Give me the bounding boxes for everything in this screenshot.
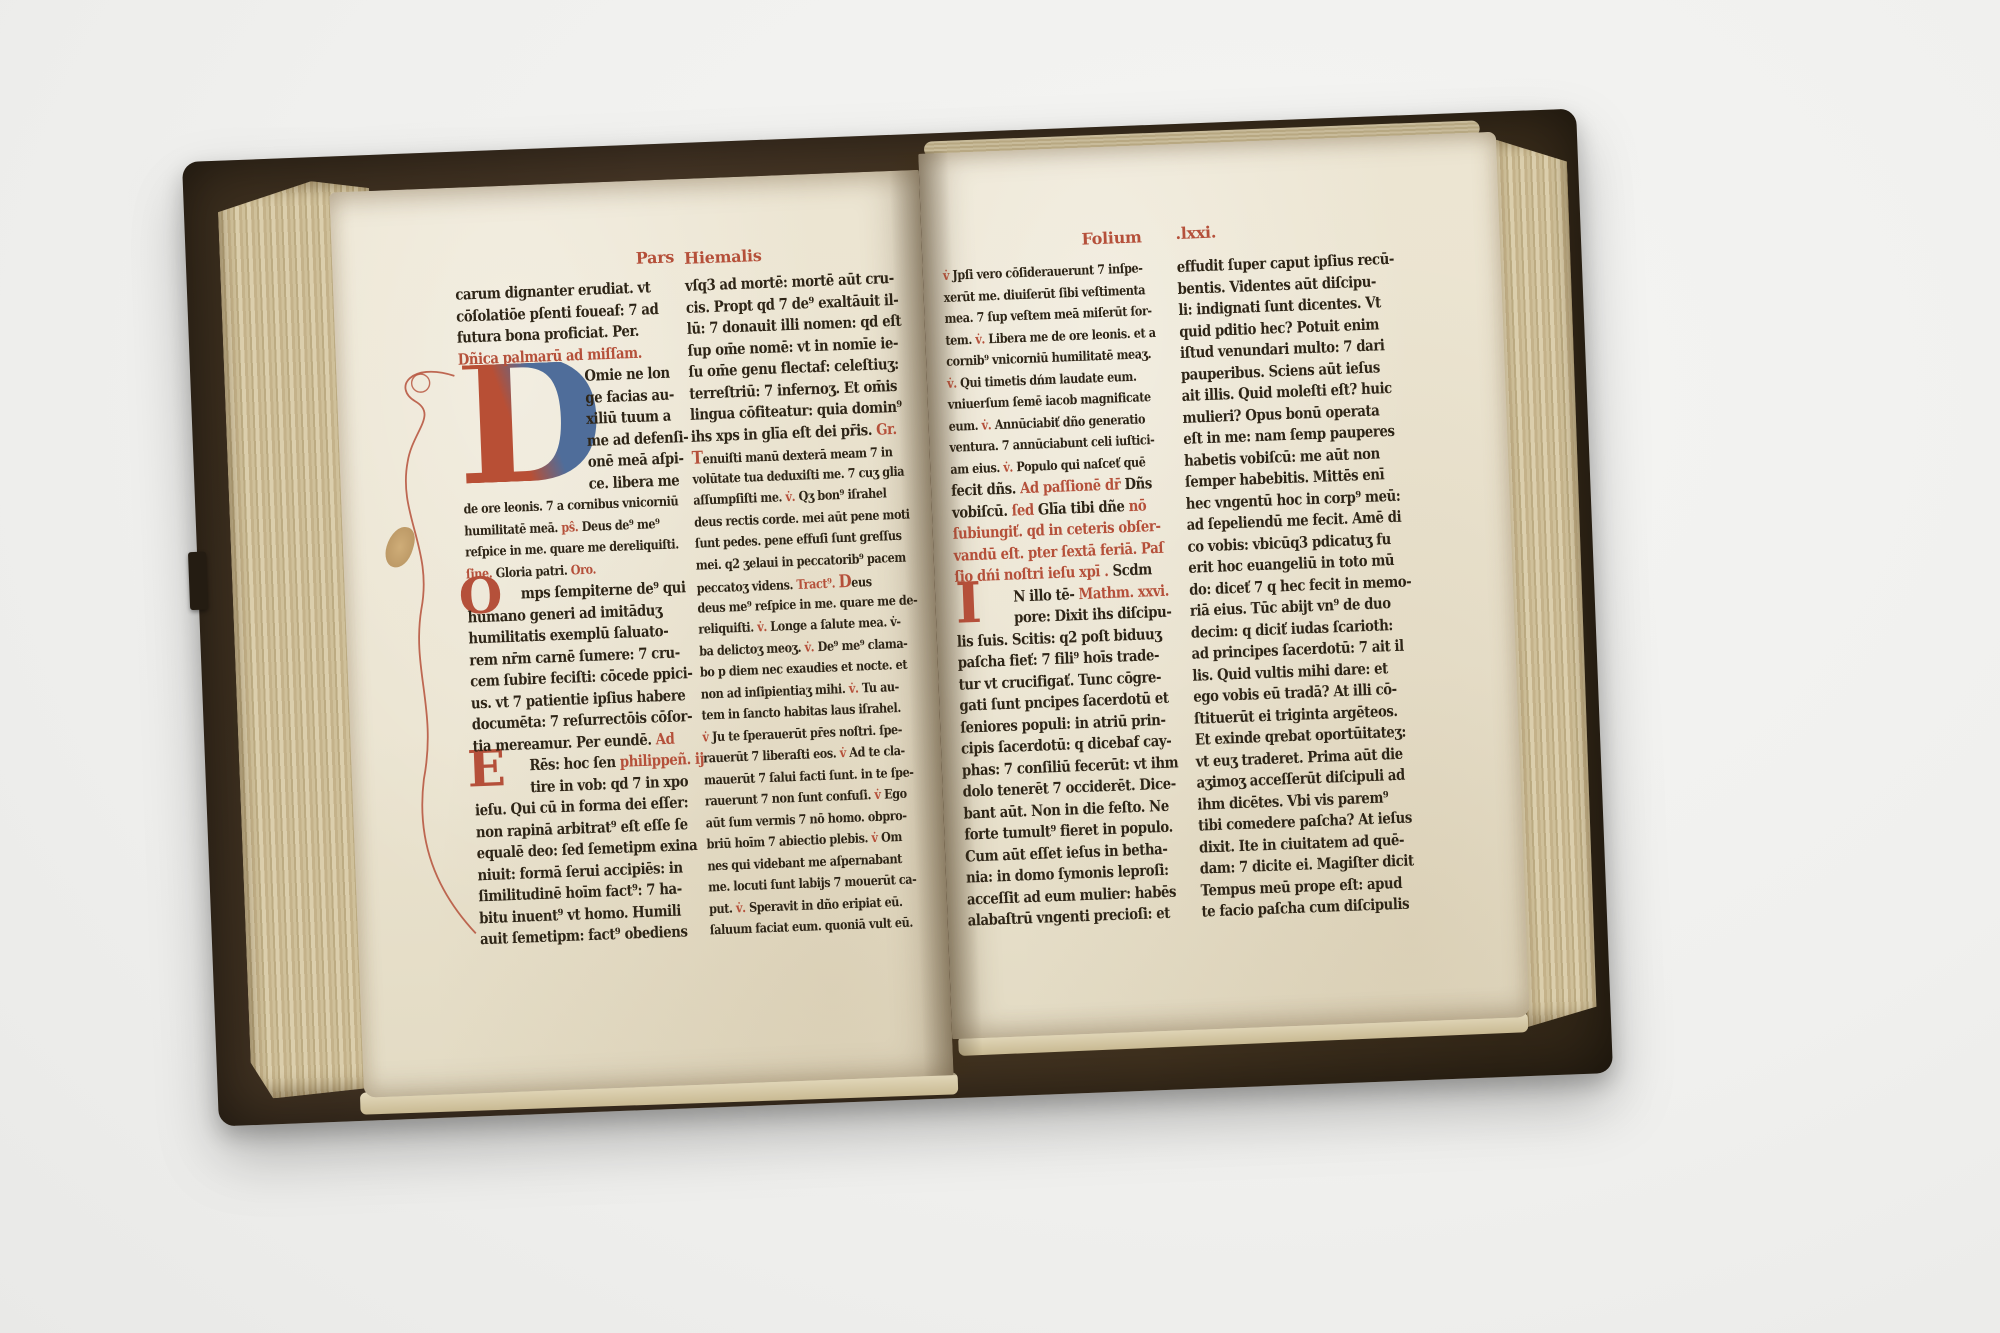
running-header-hiemalis: Hiemalis	[684, 246, 762, 268]
body-text: peccatoʒ videns.	[696, 577, 796, 596]
body-text: fecit dñs.	[951, 479, 1021, 500]
body-text: Ego	[880, 786, 907, 802]
photo-background: Pars Hiemalis D O E carum dignanter erud…	[0, 0, 2000, 1333]
body-text: Omie ne lon	[584, 364, 670, 385]
clasp-remnant	[188, 551, 208, 610]
left-page-column-1: D O E carum dignanter erudiat. vtcōſolat…	[455, 275, 708, 950]
rubric-text: T	[691, 447, 703, 468]
rubric-text: philippeñ. ij	[619, 750, 704, 771]
body-text: xiliū tuum a	[586, 407, 671, 428]
body-text: Rēs: hoc ſen	[529, 753, 620, 775]
right-page: Folium .lxxi. I v̇ Jpſi vero cōſiderauer…	[918, 132, 1530, 1040]
rubric-text: Ad	[655, 729, 674, 748]
body-text: rauerunt 7 non ſunt confuſi.	[705, 787, 875, 808]
right-page-column-2: effudit ſuper caput ipſius recū-bentis. …	[1176, 248, 1421, 922]
body-text: Om	[877, 829, 902, 845]
body-text: Deus de⁹ me⁹	[578, 516, 660, 534]
body-text: ce. libera me	[588, 471, 679, 493]
running-header-pars: Pars	[454, 247, 675, 274]
rubric-text: Ad paſſionē dr̄	[1020, 475, 1125, 497]
body-text: Glīa tibi dñe	[1033, 497, 1129, 519]
body-text: am eius.	[950, 460, 1004, 477]
rubric-text: Tract⁹.	[796, 576, 839, 593]
body-text: aſſumpſiſti me.	[693, 489, 786, 508]
rubric-text: v̇.	[785, 489, 795, 504]
body-text: ſaluum faciat eum. quoniā vult eū.	[710, 915, 914, 938]
body-text: reliquiſti.	[698, 620, 757, 637]
body-text: Tu au-	[858, 679, 899, 696]
body-text: De⁹ me⁹ clama-	[814, 635, 908, 654]
body-text: vobiſcū.	[952, 501, 1012, 521]
left-page-column-2: vſq3 ad mortē: mortē aūt cru-cis. Propt …	[685, 266, 932, 941]
running-header-folium: Folium	[941, 227, 1142, 254]
open-book: Pars Hiemalis D O E carum dignanter erud…	[182, 109, 1613, 1127]
body-text: briū hoīm 7 abiectio plebis.	[706, 830, 871, 851]
body-text: te facio paſcha cum diſcipulis	[1201, 895, 1409, 921]
rubric-text: Oro.	[570, 561, 596, 577]
rubric-text: v̇.	[1003, 459, 1013, 474]
body-text: humilitatē meā.	[464, 520, 562, 539]
body-text: non ad inſipientiaʒ mihi.	[700, 681, 849, 702]
rubric-text: nō	[1128, 496, 1146, 515]
rubric-text: Mathm. xxvi.	[1078, 581, 1169, 603]
rubric-text: v̇.	[975, 331, 985, 346]
body-text: me ad defenſi-	[587, 428, 689, 450]
body-text: Ad te cla-	[845, 743, 905, 760]
rubric-text: v̇.	[736, 900, 746, 915]
body-text: put.	[709, 900, 736, 916]
body-text: eum.	[948, 417, 981, 433]
rubric-text: ſed	[1011, 500, 1034, 519]
body-text: N illo tē-	[1013, 585, 1079, 606]
body-text: onē meā aſpi-	[587, 449, 683, 471]
body-text: Longe a ſalute mea. v̇-	[766, 614, 900, 634]
body-text: Populo qui naſceť quē	[1013, 454, 1146, 474]
right-page-column-1: I v̇ Jpſi vero cōſiderauerunt 7 inſpe-xe…	[943, 256, 1196, 931]
body-text: Annūciabiť dño generatio	[991, 411, 1145, 432]
body-text: ge facias au-	[585, 385, 674, 407]
running-header-folio-number: .lxxi.	[1175, 222, 1216, 243]
body-text: eus	[851, 574, 872, 590]
body-text: alabaſtrū vngenti precioſi: et	[967, 904, 1170, 930]
rubric-text: ſine.	[466, 565, 493, 581]
body-text: Speravit in dño eripiat eū.	[745, 894, 903, 915]
body-text: Gloria patri.	[492, 562, 571, 580]
body-text: Qʒ bon⁹ iſrahel	[795, 486, 887, 504]
body-text: rauerūt 7 liberaſti eos.	[703, 746, 840, 766]
body-text: Dñs	[1124, 474, 1152, 493]
body-text: tem.	[945, 332, 975, 348]
rubric-text: D	[838, 571, 851, 592]
decorated-initial-d: D	[454, 360, 606, 484]
rubric-text: Gr.	[876, 420, 897, 439]
body-text: ba delictoʒ meoʒ.	[699, 639, 805, 658]
body-text: auit ſemetipm: fact⁹ obediens	[480, 922, 688, 948]
left-page: Pars Hiemalis D O E carum dignanter erud…	[329, 170, 953, 1098]
body-text: Scdm	[1108, 560, 1152, 580]
rubric-text: pŝ.	[561, 519, 578, 535]
